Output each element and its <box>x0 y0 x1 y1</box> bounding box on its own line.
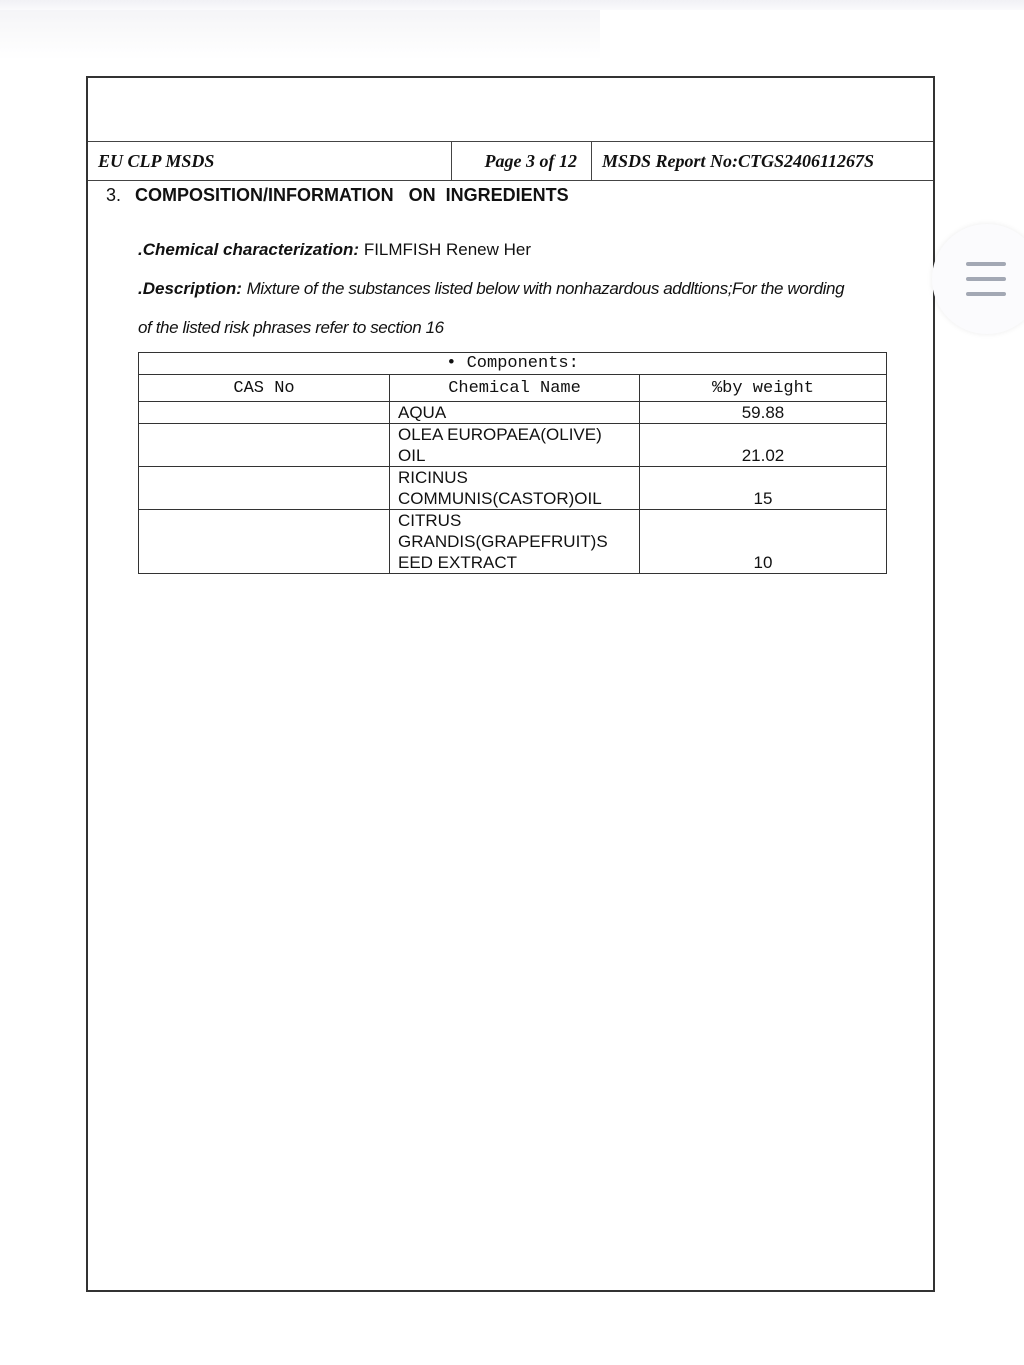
column-header-chemical-name: Chemical Name <box>390 375 640 402</box>
cas-cell <box>139 467 390 510</box>
cas-cell <box>139 402 390 424</box>
weight-cell: 10 <box>640 510 887 574</box>
chemical-name-line: COMMUNIS(CASTOR)OIL <box>398 488 631 509</box>
table-row: RICINUSCOMMUNIS(CASTOR)OIL15 <box>139 467 887 510</box>
section-title: COMPOSITION/INFORMATION ON INGREDIENTS <box>135 185 569 205</box>
weight-cell: 15 <box>640 467 887 510</box>
weight-cell: 21.02 <box>640 424 887 467</box>
components-body: AQUA59.88OLEA EUROPAEA(OLIVE)OIL21.02RIC… <box>139 402 887 574</box>
table-row: AQUA59.88 <box>139 402 887 424</box>
report-number: MSDS Report No:CTGS240611267S <box>592 142 933 180</box>
description-line-2: of the listed risk phrases refer to sect… <box>138 318 444 338</box>
menu-button[interactable] <box>932 224 1024 334</box>
chemical-characterization: .Chemical characterization: FILMFISH Ren… <box>138 240 531 260</box>
document-page: EU CLP MSDS Page 3 of 12 MSDS Report No:… <box>86 76 935 1292</box>
components-caption: • Components: <box>139 353 887 375</box>
chemical-name-cell: OLEA EUROPAEA(OLIVE)OIL <box>390 424 640 467</box>
page-header: EU CLP MSDS Page 3 of 12 MSDS Report No:… <box>88 141 933 181</box>
chemical-name-line: EED EXTRACT <box>398 552 631 573</box>
characterization-value: FILMFISH Renew Her <box>364 240 531 259</box>
chemical-name-line: OIL <box>398 445 631 466</box>
chemical-name-cell: CITRUSGRANDIS(GRAPEFRUIT)SEED EXTRACT <box>390 510 640 574</box>
description-line-1: .Description: Mixture of the substances … <box>138 279 844 299</box>
page-indicator: Page 3 of 12 <box>452 142 592 180</box>
chemical-name-line: RICINUS <box>398 467 631 488</box>
chemical-name-line: AQUA <box>398 402 631 423</box>
weight-cell: 59.88 <box>640 402 887 424</box>
viewer-top-bar <box>0 0 1024 10</box>
characterization-label: .Chemical characterization: <box>138 240 359 259</box>
section-number: 3. <box>106 185 121 205</box>
doc-type: EU CLP MSDS <box>88 142 452 180</box>
description-text: Mixture of the substances listed below w… <box>247 279 845 298</box>
section-heading: 3.COMPOSITION/INFORMATION ON INGREDIENTS <box>106 185 569 206</box>
chemical-name-line: OLEA EUROPAEA(OLIVE) <box>398 424 631 445</box>
cas-cell <box>139 510 390 574</box>
chemical-name-line: GRANDIS(GRAPEFRUIT)S <box>398 531 631 552</box>
components-table: • Components: CAS No Chemical Name %by w… <box>138 352 887 574</box>
chemical-name-line: CITRUS <box>398 510 631 531</box>
chemical-name-cell: RICINUSCOMMUNIS(CASTOR)OIL <box>390 467 640 510</box>
chemical-name-cell: AQUA <box>390 402 640 424</box>
description-label: .Description: <box>138 279 242 298</box>
table-row: OLEA EUROPAEA(OLIVE)OIL21.02 <box>139 424 887 467</box>
viewer-top-shade <box>0 10 600 60</box>
column-header-weight: %by weight <box>640 375 887 402</box>
column-header-cas: CAS No <box>139 375 390 402</box>
cas-cell <box>139 424 390 467</box>
table-row: CITRUSGRANDIS(GRAPEFRUIT)SEED EXTRACT10 <box>139 510 887 574</box>
